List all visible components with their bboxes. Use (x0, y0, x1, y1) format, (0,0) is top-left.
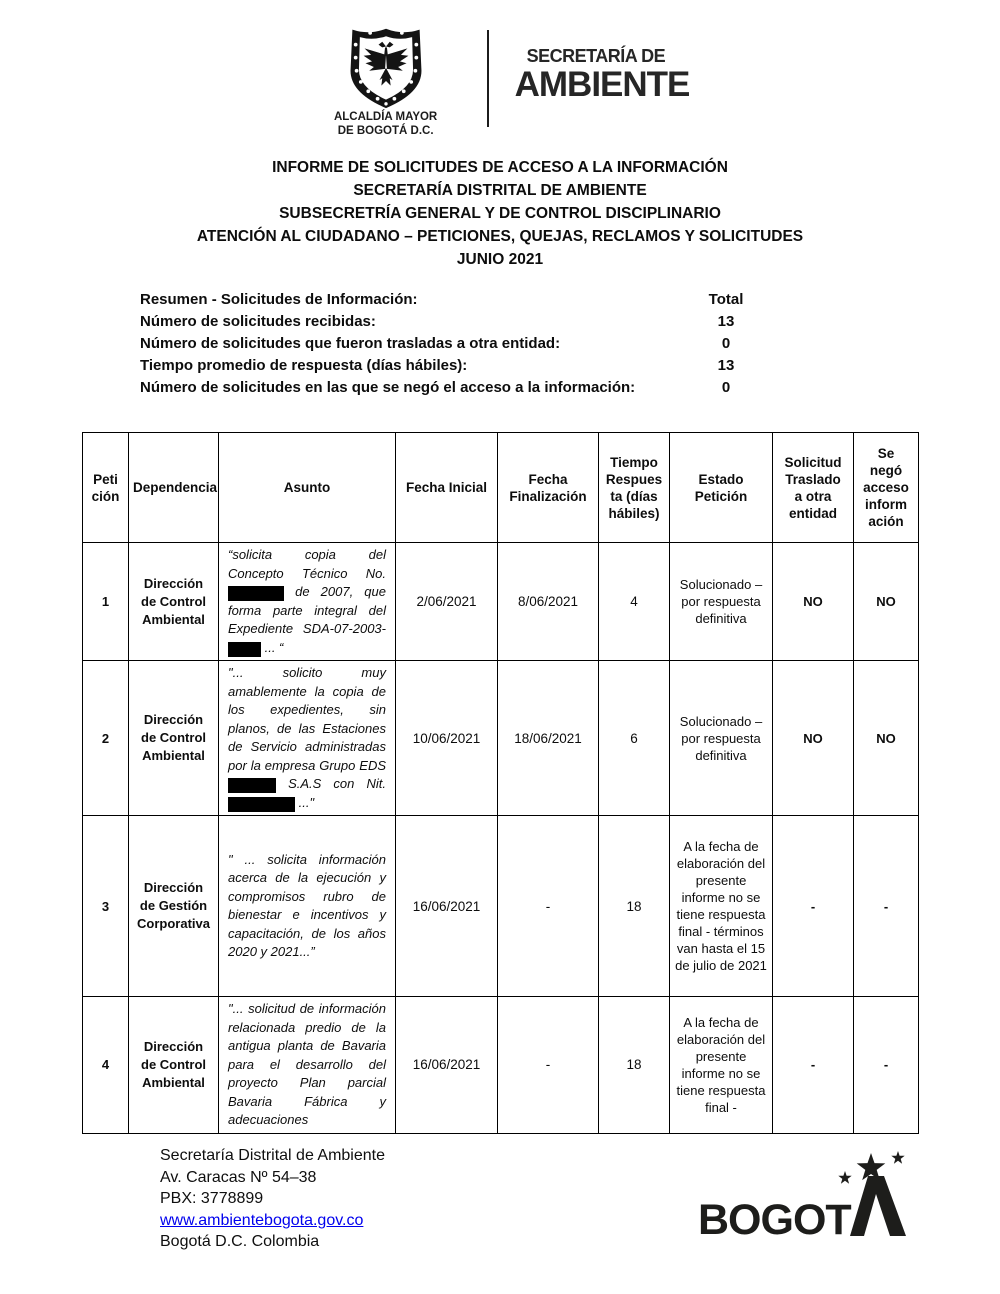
cell-peticion: 2 (83, 661, 129, 816)
table-header-col-5: Tiempo Respues ta (días hábiles) (599, 433, 670, 543)
table-header-col-6: Estado Petición (670, 433, 773, 543)
asunto-text: ..." (295, 795, 314, 810)
cell-estado-peticion: A la fecha de elaboración del presente i… (670, 997, 773, 1134)
cell-solicitud-traslado: - (773, 997, 854, 1134)
bogota-logo-lambda (850, 1176, 906, 1236)
cell-tiempo-respuesta: 18 (599, 816, 670, 997)
cell-tiempo-respuesta: 6 (599, 661, 670, 816)
bogota-coat-of-arms-icon (344, 24, 428, 110)
asunto-text: "... solicitud de información relacionad… (228, 1001, 386, 1127)
table-header-col-7: Solicitud Traslado a otra entidad (773, 433, 854, 543)
requests-table: Peti ciónDependenciaAsuntoFecha InicialF… (82, 432, 919, 1134)
cell-tiempo-respuesta: 4 (599, 543, 670, 661)
crest-caption-line2: DE BOGOTÁ D.C. (311, 124, 461, 138)
cell-estado-peticion: Solucionado – por respuesta definitiva (670, 543, 773, 661)
asunto-text: "... solicito muy amablemente la copia d… (228, 665, 386, 773)
redaction-box (228, 778, 276, 793)
summary-label: Número de solicitudes recibidas: (140, 311, 662, 333)
asunto-text: " ... solicita información acerca de la … (228, 852, 386, 960)
cell-peticion: 3 (83, 816, 129, 997)
cell-fecha-inicial: 2/06/2021 (396, 543, 498, 661)
summary-label: Número de solicitudes que fueron traslad… (140, 333, 662, 355)
cell-peticion: 4 (83, 997, 129, 1134)
cell-solicitud-traslado: - (773, 816, 854, 997)
asunto-text: “solicita copia del Concepto Técnico No. (228, 547, 386, 581)
asunto-text: S.A.S con Nit. (276, 776, 386, 791)
bogota-logo-text: BOGOT (698, 1196, 851, 1244)
table-header-row: Peti ciónDependenciaAsuntoFecha InicialF… (83, 433, 919, 543)
cell-asunto: " ... solicita información acerca de la … (219, 816, 396, 997)
summary-value: Total (662, 289, 790, 311)
table-header-col-0: Peti ción (83, 433, 129, 543)
wordmark-line1: SECRETARÍA DE (515, 46, 690, 67)
footer-website-link[interactable]: www.ambientebogota.gov.co (160, 1212, 363, 1229)
cell-fecha-inicial: 16/06/2021 (396, 997, 498, 1134)
footer-pbx: PBX: 3778899 (160, 1188, 385, 1210)
summary-value: 13 (662, 311, 790, 333)
cell-estado-peticion: Solucionado – por respuesta definitiva (670, 661, 773, 816)
cell-dependencia: Dirección de Control Ambiental (129, 661, 219, 816)
title-line-5: JUNIO 2021 (0, 248, 1000, 271)
summary-label: Número de solicitudes en las que se negó… (140, 377, 662, 399)
footer-contact-block: Secretaría Distrital de Ambiente Av. Car… (160, 1145, 385, 1253)
crest-caption-line1: ALCALDÍA MAYOR (311, 110, 461, 124)
cell-estado-peticion: A la fecha de elaboración del presente i… (670, 816, 773, 997)
bogota-logo: BOGOT (698, 1146, 916, 1251)
footer-address: Av. Caracas Nº 54–38 (160, 1167, 385, 1189)
cell-nego-acceso: - (854, 997, 919, 1134)
cell-fecha-finalizacion: 18/06/2021 (498, 661, 599, 816)
cell-dependencia: Dirección de Control Ambiental (129, 997, 219, 1134)
table-row-2: 2Dirección de Control Ambiental"... soli… (83, 661, 919, 816)
cell-fecha-finalizacion: - (498, 997, 599, 1134)
redaction-box (228, 797, 295, 812)
summary-row: Tiempo promedio de respuesta (días hábil… (140, 355, 790, 377)
table-header-col-4: Fecha Finalización (498, 433, 599, 543)
summary-row: Número de solicitudes en las que se negó… (140, 377, 790, 399)
cell-nego-acceso: NO (854, 543, 919, 661)
title-line-4: ATENCIÓN AL CIUDADANO – PETICIONES, QUEJ… (0, 225, 1000, 248)
bogota-logo-star-small-right (891, 1151, 904, 1164)
cell-nego-acceso: - (854, 816, 919, 997)
secretaria-ambiente-wordmark: SECRETARÍA DE AMBIENTE (515, 24, 690, 103)
table-header-col-3: Fecha Inicial (396, 433, 498, 543)
table-header-col-2: Asunto (219, 433, 396, 543)
table-row-4: 4Dirección de Control Ambiental"... soli… (83, 997, 919, 1134)
table-row-1: 1Dirección de Control Ambiental“solicita… (83, 543, 919, 661)
redaction-box (228, 586, 284, 601)
summary: Resumen - Solicitudes de Información:Tot… (140, 289, 790, 399)
table-row-3: 3Dirección de Gestión Corporativa" ... s… (83, 816, 919, 997)
cell-asunto: "... solicito muy amablemente la copia d… (219, 661, 396, 816)
cell-fecha-finalizacion: - (498, 816, 599, 997)
summary-value: 0 (662, 333, 790, 355)
footer-entity-name: Secretaría Distrital de Ambiente (160, 1145, 385, 1167)
title-line-3: SUBSECRETRÍA GENERAL Y DE CONTROL DISCIP… (0, 202, 1000, 225)
table-body: 1Dirección de Control Ambiental“solicita… (83, 543, 919, 1134)
asunto-text: ... “ (261, 640, 283, 655)
cell-fecha-inicial: 10/06/2021 (396, 661, 498, 816)
wordmark-line2: AMBIENTE (515, 67, 690, 103)
logo-divider (487, 30, 489, 127)
table-header-col-1: Dependencia (129, 433, 219, 543)
cell-asunto: “solicita copia del Concepto Técnico No.… (219, 543, 396, 661)
cell-dependencia: Dirección de Control Ambiental (129, 543, 219, 661)
alcaldia-crest-block: ALCALDÍA MAYOR DE BOGOTÁ D.C. (311, 24, 461, 138)
summary-row: Número de solicitudes recibidas:13 (140, 311, 790, 333)
cell-peticion: 1 (83, 543, 129, 661)
summary-label: Tiempo promedio de respuesta (días hábil… (140, 355, 662, 377)
cell-dependencia: Dirección de Gestión Corporativa (129, 816, 219, 997)
cell-solicitud-traslado: NO (773, 543, 854, 661)
summary-value: 13 (662, 355, 790, 377)
summary-value: 0 (662, 377, 790, 399)
summary-label: Resumen - Solicitudes de Información: (140, 289, 662, 311)
title-line-1: INFORME DE SOLICITUDES DE ACCESO A LA IN… (0, 156, 1000, 179)
title-line-2: SECRETARÍA DISTRITAL DE AMBIENTE (0, 179, 1000, 202)
cell-solicitud-traslado: NO (773, 661, 854, 816)
redaction-box (228, 642, 261, 657)
header-logos: ALCALDÍA MAYOR DE BOGOTÁ D.C. SECRETARÍA… (0, 24, 1000, 138)
report-title-block: INFORME DE SOLICITUDES DE ACCESO A LA IN… (0, 156, 1000, 271)
cell-nego-acceso: NO (854, 661, 919, 816)
cell-tiempo-respuesta: 18 (599, 997, 670, 1134)
summary-row: Número de solicitudes que fueron traslad… (140, 333, 790, 355)
document-page: ALCALDÍA MAYOR DE BOGOTÁ D.C. SECRETARÍA… (0, 0, 1000, 1294)
table-header-col-8: Se negó acceso inform ación (854, 433, 919, 543)
cell-asunto: "... solicitud de información relacionad… (219, 997, 396, 1134)
footer-city: Bogotá D.C. Colombia (160, 1231, 385, 1253)
bogota-logo-star-small-left (838, 1171, 851, 1184)
cell-fecha-finalizacion: 8/06/2021 (498, 543, 599, 661)
cell-fecha-inicial: 16/06/2021 (396, 816, 498, 997)
summary-row: Resumen - Solicitudes de Información:Tot… (140, 289, 790, 311)
